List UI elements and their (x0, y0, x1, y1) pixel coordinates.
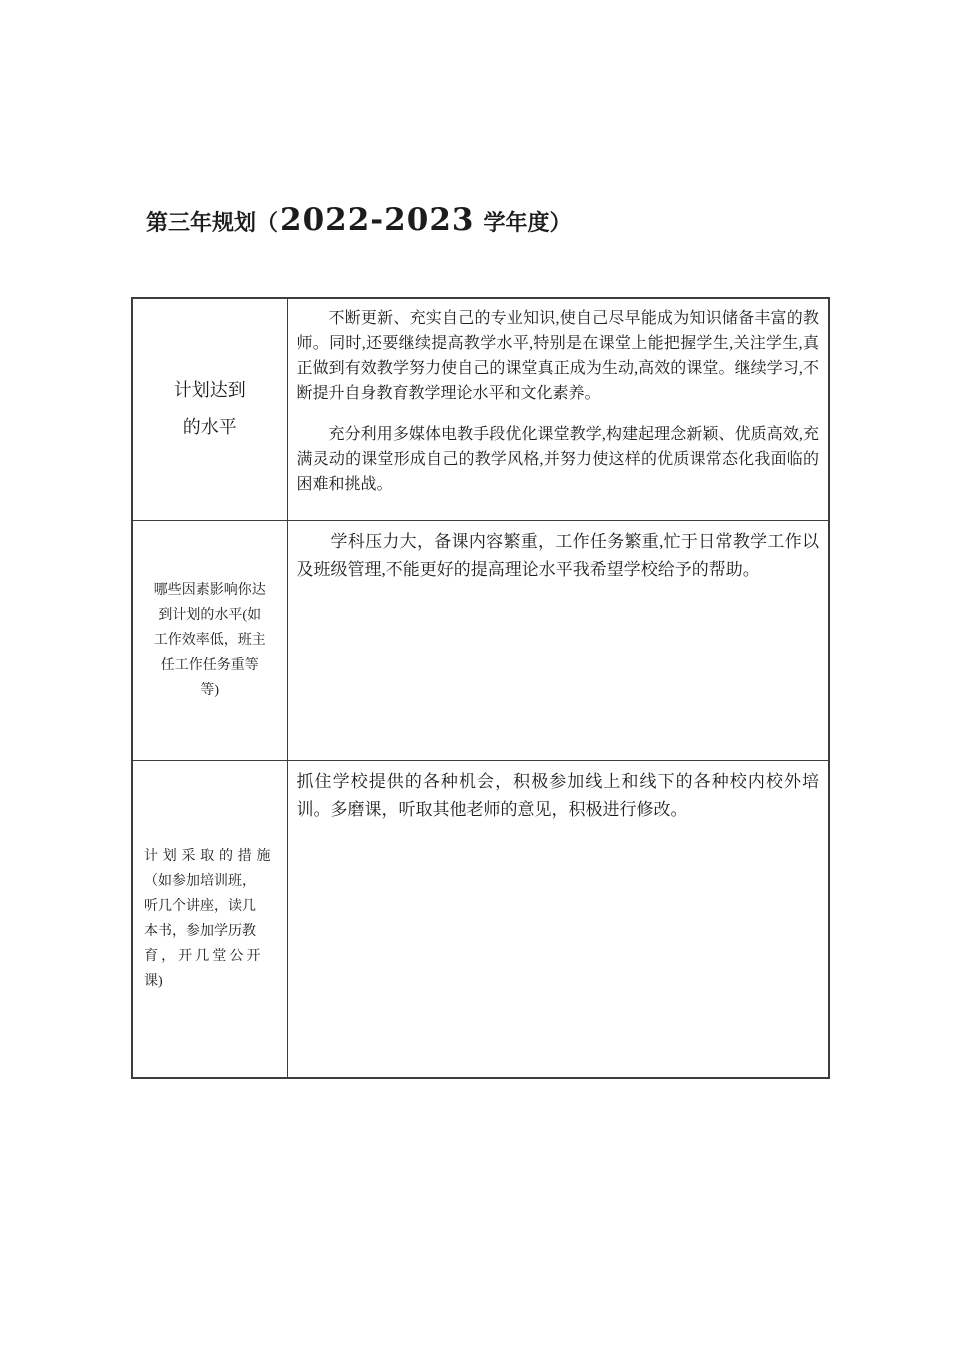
table-row-target-level: 计划达到 的水平 不断更新、充实自己的专业知识,使自己尽早能成为知识储备丰富的教… (132, 298, 829, 520)
planning-table: 计划达到 的水平 不断更新、充实自己的专业知识,使自己尽早能成为知识储备丰富的教… (131, 297, 830, 1079)
row-content-planned-measures: 抓住学校提供的各种机会，积极参加线上和线下的各种校内校外培训。多磨课，听取其他老… (287, 760, 829, 1078)
label-line: 工作效率低，班主 (139, 628, 281, 653)
row-label-influencing-factors: 哪些因素影响你达 到计划的水平(如 工作效率低，班主 任工作任务重等 等) (132, 520, 287, 760)
paragraph: 抓住学校提供的各种机会，积极参加线上和线下的各种校内校外培训。多磨课，听取其他老… (297, 768, 820, 824)
title-suffix: 学年度 (483, 210, 549, 235)
label-line: 哪些因素影响你达 (139, 578, 281, 603)
title-years: 2022-2023 (280, 202, 474, 238)
row-content-influencing-factors: 学科压力大，备课内容繁重，工作任务繁重,忙于日常教学工作以及班级管理,不能更好的… (287, 520, 829, 760)
label-line: 听几个讲座，读几 (144, 894, 277, 919)
label-line: 等) (139, 678, 281, 703)
title-close-paren: ） (549, 210, 571, 235)
title-text: 第三年规划 (146, 210, 256, 235)
table-row-planned-measures: 计划采取的措施 （如参加培训班， 听几个讲座，读几 本书，参加学历教 育，开几堂… (132, 760, 829, 1078)
title-open-paren: （ (256, 210, 278, 235)
row-label-planned-measures: 计划采取的措施 （如参加培训班， 听几个讲座，读几 本书，参加学历教 育，开几堂… (132, 760, 287, 1078)
paragraph: 不断更新、充实自己的专业知识,使自己尽早能成为知识储备丰富的教师。同时,还要继续… (297, 306, 820, 406)
label-line: （如参加培训班， (144, 869, 277, 894)
paragraph: 充分利用多媒体电教手段优化课堂教学,构建起理念新颖、优质高效,充满灵动的课堂形成… (297, 422, 820, 497)
label-line: 计划采取的措施 (144, 844, 277, 869)
document-title: 第三年规划（2022-2023学年度） (146, 198, 572, 244)
paragraph: 学科压力大，备课内容繁重，工作任务繁重,忙于日常教学工作以及班级管理,不能更好的… (297, 528, 820, 584)
label-line: 本书，参加学历教 (144, 919, 277, 944)
label-line: 课) (144, 969, 277, 994)
label-line: 到计划的水平(如 (139, 603, 281, 628)
row-content-target-level: 不断更新、充实自己的专业知识,使自己尽早能成为知识储备丰富的教师。同时,还要继续… (287, 298, 829, 520)
label-line: 育，开几堂公开 (144, 944, 277, 969)
table-row-influencing-factors: 哪些因素影响你达 到计划的水平(如 工作效率低，班主 任工作任务重等 等) 学科… (132, 520, 829, 760)
label-line: 计划达到 (139, 372, 281, 409)
row-label-target-level: 计划达到 的水平 (132, 298, 287, 520)
label-line: 任工作任务重等 (139, 653, 281, 678)
label-line: 的水平 (139, 409, 281, 446)
document-page: 第三年规划（2022-2023学年度） 计划达到 的水平 不断更新、充实自己的专… (0, 0, 960, 1357)
